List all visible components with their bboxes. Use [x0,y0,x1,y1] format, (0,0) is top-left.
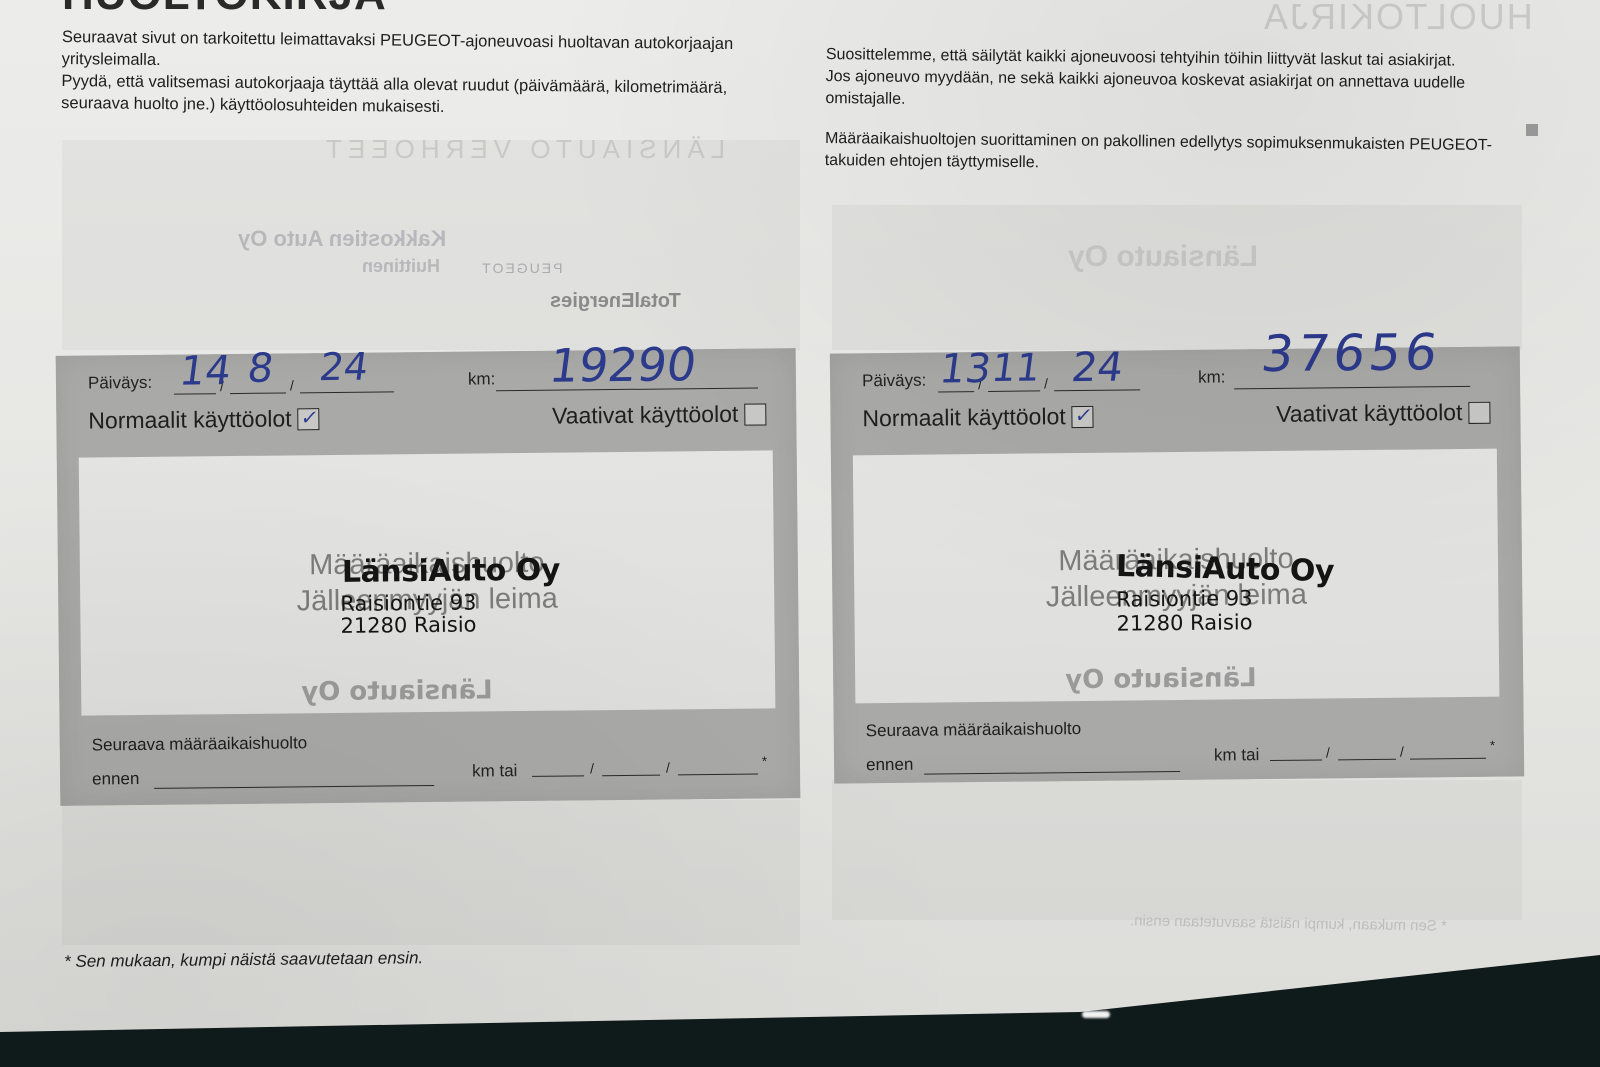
normal-conditions-checkbox[interactable]: ✓ [297,408,319,430]
show-through-footnote: * Sen mukaan, kumpi näistä saavutetaan e… [1130,912,1447,935]
stamp-hint-line-1: Määräaikaishuolto [854,539,1498,582]
stamp-hint-line-1: Määräaikaishuolto [80,542,774,585]
show-through-area-bottom-left [62,800,800,945]
date-separator: / [290,377,294,393]
date-month-line[interactable] [230,392,286,394]
show-through-stamp-right: Länsiauto Oy [1068,240,1258,274]
normal-conditions-checkbox[interactable]: ✓ [1072,405,1094,427]
show-through-area-left [62,140,800,350]
date-month-value: 8 [245,346,276,392]
km-label: km: [1198,367,1226,387]
next-service-label: Seuraava määräaikaishuolto [92,733,308,755]
conditions-row: Normaalit käyttöolot ✓ Vaativat käyttöol… [862,399,1490,438]
date-separator: / [1326,744,1330,760]
show-through-title: HUOLTOKIRJA [1262,0,1533,38]
km-label: km: [468,369,496,389]
next-service-km-line[interactable] [924,771,1180,775]
next-service-block: Seuraava määräaikaishuolto ennen km tai … [92,728,771,791]
footnote-marker: * [1490,738,1495,753]
show-through-stamp-name: Kakkostien Auto Oy [238,226,446,252]
date-day-value: 14 [177,348,234,395]
km-or-label: km tai [1214,745,1260,765]
date-km-row: Päiväys: / / 13 11 24 km: 37656 [862,359,1490,396]
footnote-marker: * [762,753,767,768]
date-label: Päiväys: [88,373,152,394]
stamp-company-name: LänsiAuto Oy [1116,549,1335,589]
intro-right: Suosittelemme, että säilytät kaikki ajon… [825,44,1506,179]
date-day-value: 13 [937,346,994,393]
km-value: 19290 [546,337,699,393]
page-title: HUOLTOKIRJA [62,0,387,20]
normal-conditions-label: Normaalit käyttöolot [862,403,1066,432]
date-separator: / [978,376,982,392]
next-service-label: Seuraava määräaikaishuolto [866,719,1082,741]
service-book-page: HUOLTOKIRJA HUOLTOKIRJA Seuraavat sivut … [0,0,1600,1040]
date-label: Päiväys: [862,371,926,392]
date-day-line[interactable] [174,393,216,394]
km-or-label: km tai [472,761,518,781]
intro-left-paragraph-1: Seuraavat sivut on tarkoitettu leimattav… [62,26,782,78]
show-through-energy-stamp: TotalEnergies [550,290,681,313]
stamp-city: 21280 Raisio [340,613,476,636]
km-value: 37656 [1258,323,1445,383]
date-separator: / [590,760,594,776]
km-line[interactable] [1234,386,1470,389]
show-through-stamp-town: Huittinen [362,256,440,277]
conditions-row: Normaalit käyttöolot ✓ Vaativat käyttöol… [88,400,766,439]
normal-conditions: Normaalit käyttöolot ✓ [862,403,1094,432]
show-through-handwriting: LÄNSIAUTO VERHOEET [320,134,725,165]
km-line[interactable] [496,388,758,392]
next-day-line[interactable] [532,775,584,777]
date-year-line[interactable] [300,391,394,393]
stamp-hint-line-2: Jälleenmyyjän leima [80,578,774,621]
dealer-stamp-area: Määräaikaishuolto Jälleenmyyjän leima Lä… [853,449,1500,704]
date-separator: / [666,759,670,775]
date-separator: / [1400,744,1404,760]
date-km-row: Päiväys: / / 14 8 24 km: 19290 [88,360,766,397]
next-day-line[interactable] [1270,759,1322,761]
intro-left: Seuraavat sivut on tarkoitettu leimattav… [61,26,782,122]
date-year-line[interactable] [1054,389,1140,391]
next-service-block: Seuraava määräaikaishuolto ennen km tai … [866,715,1495,778]
footnote: * Sen mukaan, kumpi näistä saavutetaan e… [64,948,423,972]
service-entry-2: Päiväys: / / 13 11 24 km: 37656 Normaali… [830,346,1524,783]
intro-right-paragraph-1: Suosittelemme, että säilytät kaikki ajon… [826,44,1506,73]
light-reflection [1082,1011,1110,1018]
date-year-value: 24 [1069,345,1126,392]
intro-left-paragraph-2: Pyydä, että valitsemasi autokorjaaja täy… [61,70,781,122]
date-separator: / [220,378,224,394]
stamp-city: 21280 Raisio [1116,611,1252,634]
date-separator: / [1044,375,1048,391]
next-year-line[interactable] [1410,758,1486,760]
normal-conditions: Normaalit käyttöolot ✓ [88,405,320,434]
checkmark-icon: ✓ [1074,402,1095,426]
service-entry-1: Päiväys: / / 14 8 24 km: 19290 Normaalit… [56,348,801,806]
demanding-conditions: Vaativat käyttöolot [1276,399,1491,428]
demanding-conditions-checkbox[interactable] [1468,401,1490,423]
date-year-value: 24 [317,345,371,390]
checkmark-icon: ✓ [300,405,321,429]
date-month-line[interactable] [988,390,1040,392]
next-month-line[interactable] [1338,759,1396,761]
before-label: ennen [92,769,139,789]
next-year-line[interactable] [678,774,758,776]
show-through-area-bottom-right [832,780,1522,920]
date-day-line[interactable] [938,391,974,392]
stamp-company-name: LänsiAuto Oy [342,553,560,590]
demanding-conditions: Vaativat käyttöolot [552,400,767,429]
stamp-mirror-imprint: Länsiauto Oy [301,675,493,707]
normal-conditions-label: Normaalit käyttöolot [88,405,292,434]
next-service-km-line[interactable] [154,785,434,789]
date-month-value: 11 [989,345,1043,390]
stamp-street: Raisiontie 93 [1116,587,1252,610]
next-month-line[interactable] [602,775,660,777]
dealer-stamp-area: Määräaikaishuolto Jälleenmyyjän leima Lä… [79,450,776,715]
intro-right-paragraph-2: Jos ajoneuvo myydään, ne sekä kaikki ajo… [825,66,1505,117]
stamp-mirror-imprint: Länsiauto Oy [1065,663,1257,695]
stamp-hint-line-2: Jälleenmyyjän leima [854,575,1498,618]
stamp-street: Raisiontie 93 [340,591,476,614]
before-label: ennen [866,755,913,775]
demanding-conditions-label: Vaativat käyttöolot [552,401,739,430]
corner-marker [1526,124,1538,136]
show-through-area-right [832,205,1522,350]
show-through-brand: PEUGEOT [480,260,562,276]
demanding-conditions-checkbox[interactable] [744,403,766,425]
demanding-conditions-label: Vaativat käyttöolot [1276,399,1463,428]
intro-right-paragraph-3: Määräaikaishuoltojen suorittaminen on pa… [825,128,1505,179]
